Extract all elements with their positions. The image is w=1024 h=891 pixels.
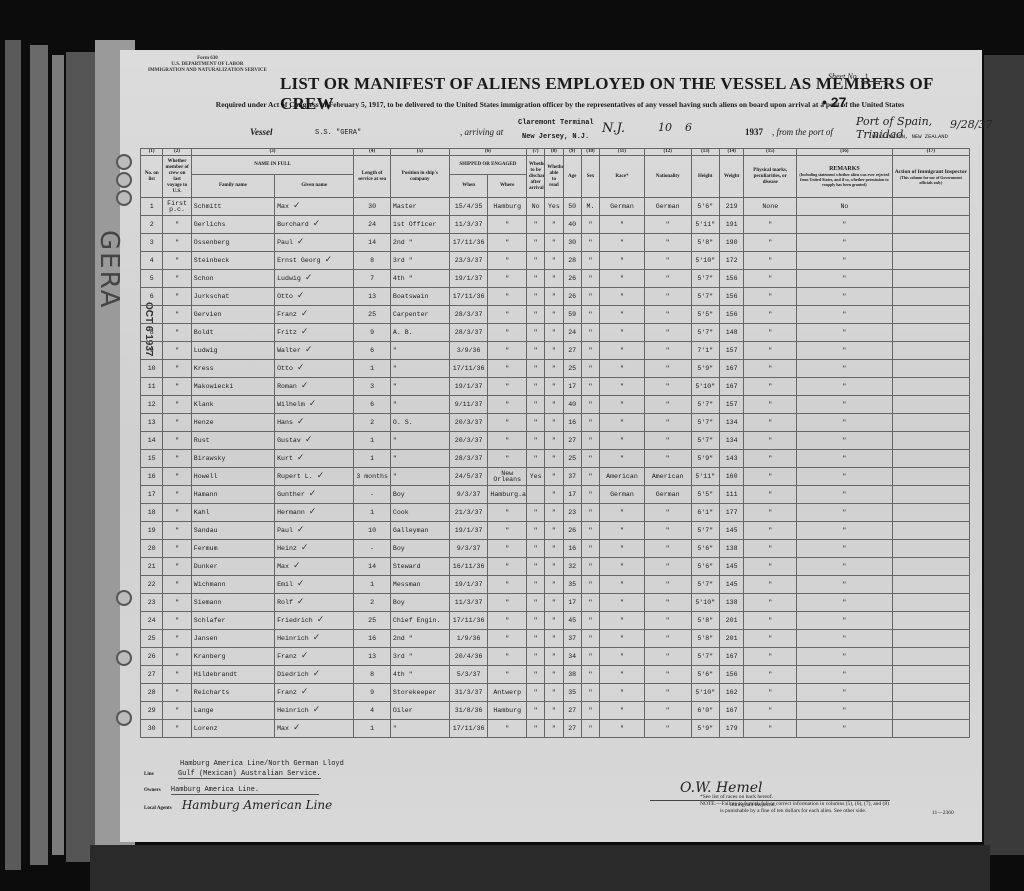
sex: " — [581, 504, 599, 522]
remarks: " — [797, 288, 892, 306]
given-name: Hermann✓ — [275, 504, 354, 522]
discharged: " — [526, 234, 544, 252]
table-row: 6"JurkschatOtto✓13Boatswain17/11/36"""26… — [141, 288, 970, 306]
inspector-action — [892, 252, 969, 270]
given-name: Hans✓ — [275, 414, 354, 432]
position: " — [390, 342, 449, 360]
sex: " — [581, 396, 599, 414]
family-name: Lorenz — [191, 720, 274, 738]
able-to-read: " — [545, 234, 563, 252]
prev-voyage: " — [163, 450, 191, 468]
remarks: " — [797, 648, 892, 666]
table-row: 11"MakowieckiRoman✓3"19/1/37"""17"""5'10… — [141, 378, 970, 396]
nationality: German — [644, 198, 691, 216]
prev-voyage: " — [163, 270, 191, 288]
physical-marks: " — [744, 504, 797, 522]
nationality: " — [644, 684, 691, 702]
prev-voyage: " — [163, 360, 191, 378]
discharged: " — [526, 324, 544, 342]
race: " — [600, 504, 645, 522]
shipped-where: " — [488, 522, 527, 540]
family-name: Steinbeck — [191, 252, 274, 270]
inspector-action — [892, 270, 969, 288]
arriving-port-line2: New Jersey, N.J. — [522, 133, 589, 141]
handwritten-date: 9/28/37 — [950, 118, 992, 131]
family-name: Siemann — [191, 594, 274, 612]
arrival-month: 6 — [685, 121, 692, 134]
nationality: " — [644, 702, 691, 720]
race: " — [600, 630, 645, 648]
shipped-where: Hamburg — [488, 198, 527, 216]
sex: " — [581, 234, 599, 252]
remarks: " — [797, 630, 892, 648]
sex: " — [581, 702, 599, 720]
able-to-read: Yes — [545, 198, 563, 216]
table-row: 13"HenzeHans✓2O. S.20/3/37"""16"""5'7"13… — [141, 414, 970, 432]
position: 1st Officer — [390, 216, 449, 234]
position: Carpenter — [390, 306, 449, 324]
row-number: 14 — [141, 432, 163, 450]
nationality: " — [644, 216, 691, 234]
discharged: " — [526, 702, 544, 720]
sheet-label: Sheet No. — [828, 72, 859, 81]
owners-value: Hamburg America Line. — [171, 786, 319, 795]
given-name: Max✓ — [275, 720, 354, 738]
header-when: When — [449, 175, 488, 198]
weight: 167 — [719, 360, 743, 378]
checkmark-icon: ✓ — [305, 435, 313, 445]
physical-marks: " — [744, 630, 797, 648]
discharged: " — [526, 396, 544, 414]
row-number: 21 — [141, 558, 163, 576]
position: Chief Engin. — [390, 612, 449, 630]
physical-marks: " — [744, 450, 797, 468]
weight: 177 — [719, 504, 743, 522]
height: 5'6" — [691, 558, 719, 576]
sex: " — [581, 540, 599, 558]
inspector-action — [892, 396, 969, 414]
shipped-when: 17/11/36 — [449, 360, 488, 378]
prev-voyage: " — [163, 558, 191, 576]
weight: 167 — [719, 648, 743, 666]
physical-marks: " — [744, 720, 797, 738]
service-length: 13 — [354, 648, 391, 666]
owners-field: Owners Hamburg America Line. — [144, 786, 319, 794]
physical-marks: " — [744, 216, 797, 234]
inspector-action — [892, 468, 969, 486]
col-num: (10) — [581, 149, 599, 156]
service-length: 24 — [354, 216, 391, 234]
sex: " — [581, 378, 599, 396]
shipped-when: 28/3/37 — [449, 306, 488, 324]
shipped-where: " — [488, 504, 527, 522]
physical-marks: " — [744, 468, 797, 486]
col-num: (9) — [563, 149, 581, 156]
shipped-where: " — [488, 612, 527, 630]
row-number: 17 — [141, 486, 163, 504]
from-label: , from the port of — [772, 127, 833, 137]
able-to-read: " — [545, 594, 563, 612]
weight: 138 — [719, 540, 743, 558]
given-name: Max✓ — [275, 558, 354, 576]
col-num: (13) — [691, 149, 719, 156]
nationality: " — [644, 270, 691, 288]
height: 5'8" — [691, 630, 719, 648]
family-name: Makowiecki — [191, 378, 274, 396]
position: 4th " — [390, 270, 449, 288]
prev-voyage: " — [163, 684, 191, 702]
shipped-where: " — [488, 594, 527, 612]
able-to-read: " — [545, 468, 563, 486]
manifest-footer: Hamburg America Line/North German Lloyd … — [140, 758, 970, 838]
height: 6'0" — [691, 702, 719, 720]
table-row: 5"SchonLudwig✓74th "19/1/37"""26"""5'7"1… — [141, 270, 970, 288]
header-remarks: REMARKS (Including statement whether ali… — [797, 156, 892, 198]
family-name: Lange — [191, 702, 274, 720]
given-name: Otto✓ — [275, 288, 354, 306]
given-name: Max✓ — [275, 198, 354, 216]
age: 30 — [563, 234, 581, 252]
remarks: " — [797, 612, 892, 630]
nationality: " — [644, 630, 691, 648]
inspector-action — [892, 234, 969, 252]
height: 5'7" — [691, 270, 719, 288]
agents-label: Local Agents — [144, 806, 172, 811]
physical-marks: " — [744, 648, 797, 666]
discharged: " — [526, 612, 544, 630]
given-name: Franz✓ — [275, 648, 354, 666]
col-num: (16) — [797, 149, 892, 156]
able-to-read: " — [545, 486, 563, 504]
sex: M. — [581, 198, 599, 216]
shipped-where: " — [488, 630, 527, 648]
remarks: " — [797, 522, 892, 540]
table-row: 22"WichmannEmil✓1Messman19/1/37"""35"""5… — [141, 576, 970, 594]
family-name: Howell — [191, 468, 274, 486]
shipped-where: " — [488, 450, 527, 468]
discharged: " — [526, 450, 544, 468]
family-name: Birawsky — [191, 450, 274, 468]
sex: " — [581, 720, 599, 738]
physical-marks: " — [744, 612, 797, 630]
family-name: Dunker — [191, 558, 274, 576]
discharged: " — [526, 576, 544, 594]
given-name: Paul✓ — [275, 522, 354, 540]
checkmark-icon: ✓ — [309, 507, 317, 517]
sex: " — [581, 666, 599, 684]
height: 5'7" — [691, 414, 719, 432]
weight: 148 — [719, 324, 743, 342]
row-number: 20 — [141, 540, 163, 558]
age: 27 — [563, 720, 581, 738]
row-number: 16 — [141, 468, 163, 486]
col-num: (14) — [719, 149, 743, 156]
height: 5'10" — [691, 378, 719, 396]
arriving-port: Claremont Terminal — [518, 119, 594, 127]
age: 25 — [563, 360, 581, 378]
checkmark-icon: ✓ — [313, 669, 321, 679]
col-num: (2) — [163, 149, 191, 156]
shipped-where: " — [488, 270, 527, 288]
shipped-when: 9/11/37 — [449, 396, 488, 414]
remarks: " — [797, 540, 892, 558]
service-length: 16 — [354, 630, 391, 648]
prev-voyage: " — [163, 324, 191, 342]
given-name: Fritz✓ — [275, 324, 354, 342]
service-length: 1 — [354, 576, 391, 594]
sex: " — [581, 522, 599, 540]
checkmark-icon: ✓ — [313, 219, 321, 229]
table-row: 16"HowellRupert L.✓3 months"24/5/37New O… — [141, 468, 970, 486]
race: " — [600, 342, 645, 360]
height: 5'11" — [691, 216, 719, 234]
scan-border — [90, 845, 990, 891]
nationality: American — [644, 468, 691, 486]
position: Boy — [390, 540, 449, 558]
row-number: 19 — [141, 522, 163, 540]
service-name: IMMIGRATION AND NATURALIZATION SERVICE — [148, 68, 267, 74]
shipped-where: " — [488, 396, 527, 414]
discharged: " — [526, 252, 544, 270]
able-to-read: " — [545, 414, 563, 432]
row-number: 10 — [141, 360, 163, 378]
col-num: (11) — [600, 149, 645, 156]
physical-marks: " — [744, 576, 797, 594]
vessel-name: S.S. "GERA" — [315, 129, 361, 137]
service-length: 6 — [354, 342, 391, 360]
agents-field: Local Agents Hamburg American Line — [144, 798, 332, 812]
race: " — [600, 378, 645, 396]
discharged: " — [526, 216, 544, 234]
able-to-read: " — [545, 270, 563, 288]
row-number: 2 — [141, 216, 163, 234]
inspector-action — [892, 576, 969, 594]
header-sex: Sex — [581, 156, 599, 198]
service-length: 1 — [354, 720, 391, 738]
position: 4th " — [390, 666, 449, 684]
nationality: " — [644, 594, 691, 612]
family-name: Henze — [191, 414, 274, 432]
inspector-action — [892, 450, 969, 468]
checkmark-icon: ✓ — [301, 309, 309, 319]
row-number: 30 — [141, 720, 163, 738]
header-name: NAME IN FULL — [191, 156, 354, 175]
age: 38 — [563, 666, 581, 684]
height: 5'8" — [691, 234, 719, 252]
race: German — [600, 198, 645, 216]
table-row: 17"HamannGunther✓-Boy9/3/37Hamburg.ae."1… — [141, 486, 970, 504]
nationality: " — [644, 504, 691, 522]
physical-marks: " — [744, 594, 797, 612]
physical-marks: " — [744, 306, 797, 324]
table-row: 14"RustGustav✓1"20/3/37"""27"""5'7"134"" — [141, 432, 970, 450]
race: " — [600, 252, 645, 270]
checkmark-icon: ✓ — [309, 399, 317, 409]
height: 5'7" — [691, 522, 719, 540]
remarks: " — [797, 594, 892, 612]
discharged: " — [526, 414, 544, 432]
able-to-read: " — [545, 720, 563, 738]
prev-voyage: " — [163, 396, 191, 414]
checkmark-icon: ✓ — [309, 489, 317, 499]
able-to-read: " — [545, 612, 563, 630]
weight: 157 — [719, 342, 743, 360]
position: 3rd " — [390, 252, 449, 270]
nationality: " — [644, 558, 691, 576]
weight: 201 — [719, 630, 743, 648]
able-to-read: " — [545, 558, 563, 576]
nationality: " — [644, 324, 691, 342]
col-num: (4) — [354, 149, 391, 156]
remarks: " — [797, 396, 892, 414]
owners-label: Owners — [144, 788, 161, 793]
remarks: " — [797, 432, 892, 450]
age: 23 — [563, 504, 581, 522]
service-length: - — [354, 486, 391, 504]
checkmark-icon: ✓ — [301, 381, 309, 391]
inspector-action — [892, 216, 969, 234]
discharged: " — [526, 540, 544, 558]
shipped-where: " — [488, 720, 527, 738]
sex: " — [581, 558, 599, 576]
shipped-where: " — [488, 216, 527, 234]
remarks: " — [797, 252, 892, 270]
age: 26 — [563, 522, 581, 540]
age: 32 — [563, 558, 581, 576]
col-num: (3) — [191, 149, 354, 156]
sex: " — [581, 612, 599, 630]
nationality: " — [644, 342, 691, 360]
punch-hole — [116, 154, 132, 170]
checkmark-icon: ✓ — [317, 471, 325, 481]
position: 3rd " — [390, 648, 449, 666]
given-name: Franz✓ — [275, 306, 354, 324]
service-length: 25 — [354, 306, 391, 324]
sex: " — [581, 630, 599, 648]
position: Messman — [390, 576, 449, 594]
remarks: " — [797, 702, 892, 720]
age: 40 — [563, 396, 581, 414]
table-row: 7"GervienFranz✓25Carpenter28/3/37"""59""… — [141, 306, 970, 324]
row-number: 18 — [141, 504, 163, 522]
age: 50 — [563, 198, 581, 216]
row-number: 15 — [141, 450, 163, 468]
shipped-when: 9/3/37 — [449, 540, 488, 558]
shipped-when: 17/11/36 — [449, 720, 488, 738]
sex: " — [581, 576, 599, 594]
inspector-action — [892, 522, 969, 540]
inspector-action — [892, 432, 969, 450]
family-name: Schmitt — [191, 198, 274, 216]
weight: 167 — [719, 378, 743, 396]
race: " — [600, 684, 645, 702]
shipped-where: " — [488, 414, 527, 432]
agents-value: Hamburg American Line — [182, 798, 332, 812]
row-number: 12 — [141, 396, 163, 414]
checkmark-icon: ✓ — [313, 705, 321, 715]
nationality: " — [644, 432, 691, 450]
height: 7'1" — [691, 342, 719, 360]
inspector-action — [892, 540, 969, 558]
weight: 157 — [719, 396, 743, 414]
prev-voyage: " — [163, 540, 191, 558]
weight: 134 — [719, 432, 743, 450]
height: 5'9" — [691, 360, 719, 378]
column-header-row: No. on list Whether member of crew on la… — [141, 156, 970, 175]
inspector-action — [892, 648, 969, 666]
sex: " — [581, 648, 599, 666]
remarks: " — [797, 270, 892, 288]
shipped-when: 3/9/36 — [449, 342, 488, 360]
position: Oiler — [390, 702, 449, 720]
discharged: " — [526, 666, 544, 684]
able-to-read: " — [545, 648, 563, 666]
race: " — [600, 666, 645, 684]
discharged: " — [526, 360, 544, 378]
family-name: Ludwig — [191, 342, 274, 360]
checkmark-icon: ✓ — [293, 723, 301, 733]
table-row: 3"OssenbergPaul✓142nd "17/11/36"""30"""5… — [141, 234, 970, 252]
inspector-action — [892, 684, 969, 702]
race: " — [600, 576, 645, 594]
position: " — [390, 468, 449, 486]
sex: " — [581, 684, 599, 702]
prev-voyage: " — [163, 576, 191, 594]
note-penalty-cont: is punishable by a fine of ten dollars f… — [700, 808, 889, 815]
weight: 191 — [719, 216, 743, 234]
able-to-read: " — [545, 378, 563, 396]
nationality: " — [644, 414, 691, 432]
table-row: 30"LorenzMax✓1"17/11/36"""27"""5'9"179"" — [141, 720, 970, 738]
age: 17 — [563, 486, 581, 504]
header-discharged: Whether to be discharged after arrival — [526, 156, 544, 198]
sex: " — [581, 450, 599, 468]
header-age: Age — [563, 156, 581, 198]
race: " — [600, 414, 645, 432]
prev-voyage: " — [163, 234, 191, 252]
physical-marks: " — [744, 360, 797, 378]
given-name: Emil✓ — [275, 576, 354, 594]
shipped-where: " — [488, 576, 527, 594]
family-name: Kranberg — [191, 648, 274, 666]
row-number: 11 — [141, 378, 163, 396]
height: 5'10" — [691, 684, 719, 702]
weight: 145 — [719, 576, 743, 594]
discharged: " — [526, 648, 544, 666]
arrival-day: 10 — [658, 121, 672, 134]
crew-manifest-table: (1) (2) (3) (4) (5) (6) (7) (8) (9) (10)… — [140, 148, 970, 738]
row-number: 23 — [141, 594, 163, 612]
prev-voyage: " — [163, 342, 191, 360]
discharged: " — [526, 306, 544, 324]
service-length: 30 — [354, 198, 391, 216]
discharged: " — [526, 504, 544, 522]
vessel-stamp: GERA — [94, 230, 124, 309]
background-page-edge — [66, 52, 96, 862]
checkmark-icon: ✓ — [313, 633, 321, 643]
discharged: " — [526, 522, 544, 540]
position: Boy — [390, 594, 449, 612]
able-to-read: " — [545, 666, 563, 684]
nationality: German — [644, 486, 691, 504]
given-name: Heinrich✓ — [275, 702, 354, 720]
shipped-where: Antwerp — [488, 684, 527, 702]
able-to-read: " — [545, 396, 563, 414]
given-name: Kurt✓ — [275, 450, 354, 468]
remarks-subtitle: (Including statement whether alien was e… — [799, 172, 889, 187]
row-number: 25 — [141, 630, 163, 648]
shipped-where: " — [488, 306, 527, 324]
